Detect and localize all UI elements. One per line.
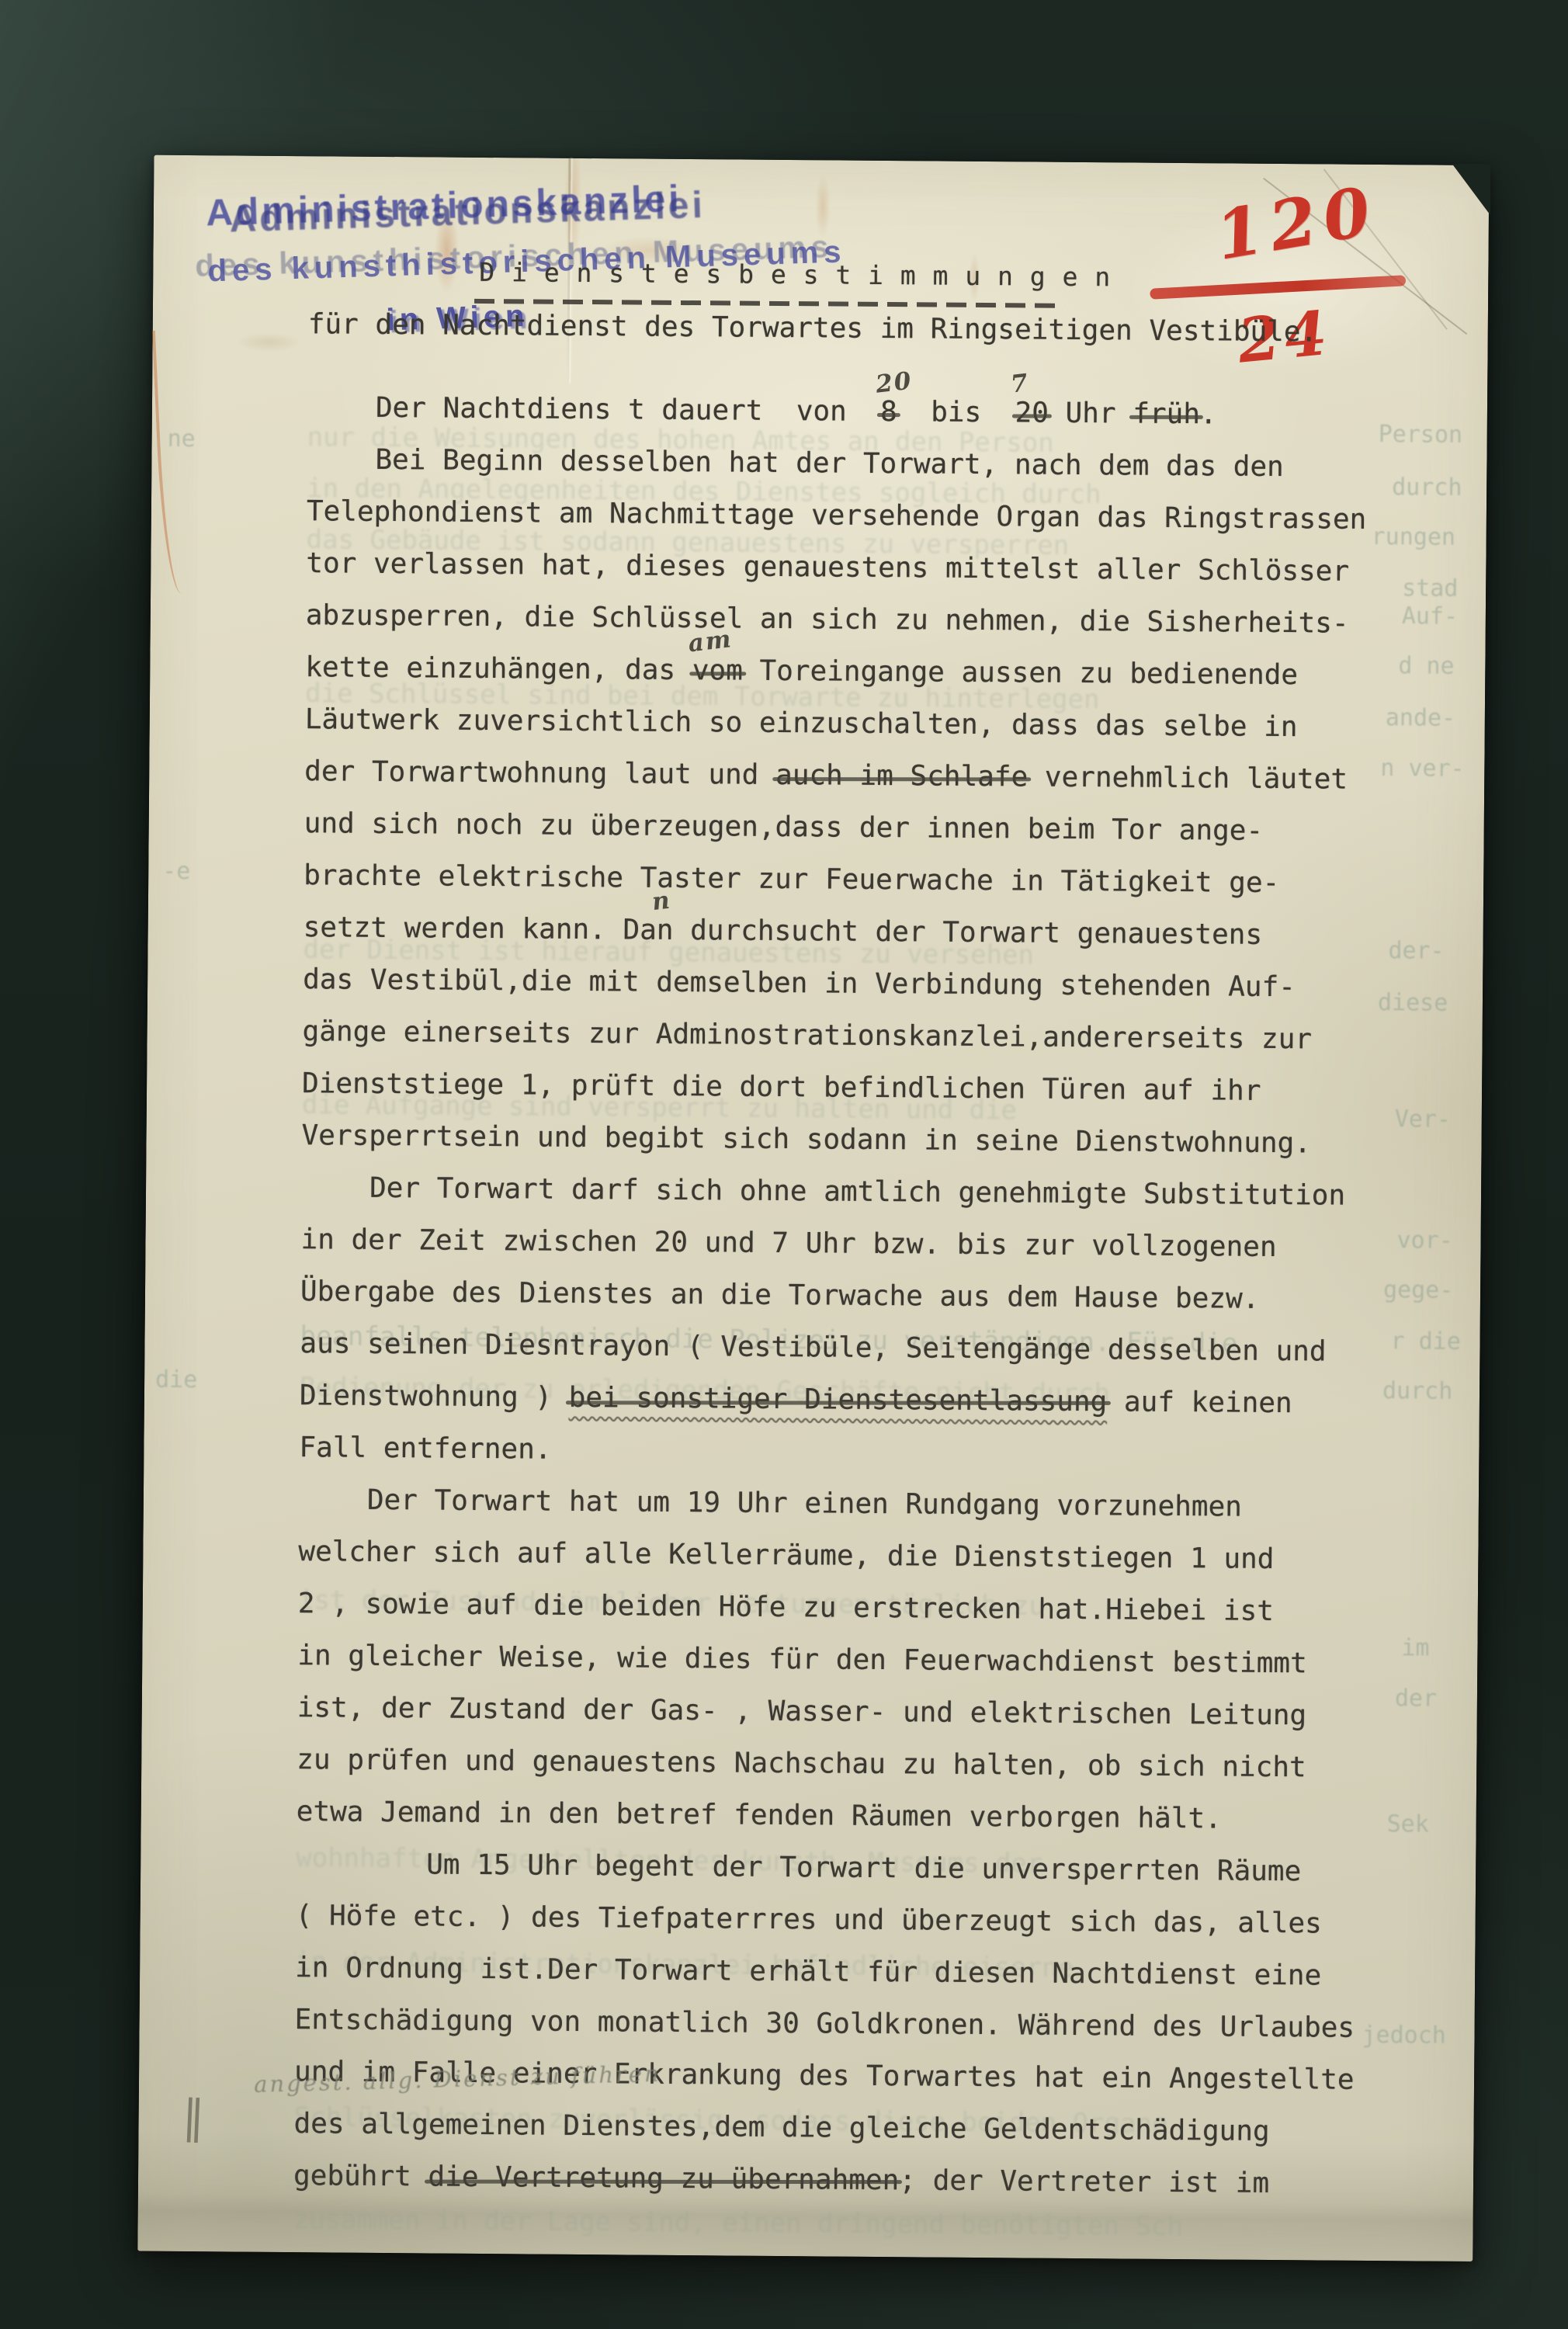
struck-text: auch im Schlafe [775, 759, 1028, 793]
typed-line: Um 15 Uhr begeht der Torwart die unversp… [296, 1838, 1398, 1898]
typed-line: ist, der Zustand der Gas- , Wasser- und … [297, 1682, 1400, 1742]
ghost-fragment: die [155, 1366, 197, 1394]
typed-line: zu prüfen und genauestens Nachschau zu h… [297, 1734, 1399, 1794]
typed-line: tor verlassen hat, dieses genauestens mi… [306, 537, 1408, 598]
struck-text: 20 [1015, 397, 1049, 429]
typed-line: in gleicher Weise, wie dies für den Feue… [297, 1630, 1400, 1690]
document-title: D i e n s t e s b e s t i m m u n g e n [479, 257, 1111, 292]
typed-line: Dienststiege 1, prüft die dort befindlic… [302, 1057, 1404, 1118]
typed-line: gänge einerseits zur Adminostrationskanz… [302, 1005, 1404, 1066]
typed-line: Dienstwohnung ) bei sonstiger Dienstesen… [300, 1369, 1402, 1430]
ghost-fragment: im [1401, 1634, 1429, 1661]
registry-numerator: 120 [1210, 172, 1383, 276]
margin-pencil-stroke [152, 329, 193, 594]
handwritten-correction: 7 [1009, 370, 1030, 397]
typed-line: Fall entfernen. [299, 1421, 1401, 1482]
typed-line: abzusperren, die Schlüssel an sich zu ne… [306, 589, 1408, 650]
photo-background: nur die Weisungen des hohen Amtes an den… [0, 0, 1568, 2329]
typed-line: welcher sich auf alle Kellerräume, die D… [298, 1525, 1400, 1586]
body-text: Der Nachtdiens t dauert von 820 bis 207 … [293, 381, 1410, 2210]
typed-line: etwa Jemand in den betref fenden Räumen … [296, 1786, 1398, 1846]
typed-line: Der Torwart hat um 19 Uhr einen Rundgang… [299, 1473, 1401, 1534]
handwritten-correction: n [650, 887, 672, 916]
typed-line: und sich noch zu überzeugen,dass der inn… [304, 797, 1406, 858]
typed-line: gebührt die Vertretung zu übernahmen; de… [293, 2150, 1396, 2210]
struck-text: 8 [880, 396, 897, 428]
typed-line: Der Torwart darf sich ohne amtlich geneh… [301, 1161, 1403, 1222]
typed-line: Telephondienst am Nachmittage versehende… [307, 485, 1409, 546]
typed-line: ( Höfe etc. ) des Tiefpaterrres und über… [295, 1890, 1397, 1950]
bleedthrough-text: nur die Weisungen des hohen Amtes an den… [154, 155, 1490, 166]
typed-line: Läutwerk zuversichtlich so einzuschalten… [305, 693, 1407, 754]
typed-line: Bei Beginn desselben hat der Torwart, na… [307, 433, 1409, 494]
typed-line: Entschädigung von monatlich 30 Goldkrone… [294, 1994, 1396, 2054]
ghost-fragment: Auf- [1402, 602, 1459, 630]
ghost-fragment: der [1395, 1685, 1437, 1712]
typed-line: brachte elektrische Taster zur Feuerwach… [304, 849, 1406, 910]
struck-text: die Vertretung zu übernahmen [428, 2161, 899, 2196]
handwritten-correction: am [686, 626, 733, 657]
struck-text: bei sonstiger Dienstesentlassung [569, 1382, 1108, 1418]
typed-line: in Ordnung ist.Der Torwart erhält für di… [295, 1942, 1397, 2002]
typed-line: der Torwartwohnung laut und auch im Schl… [304, 745, 1407, 806]
ghost-fragment: vor- [1396, 1227, 1453, 1255]
typed-line: Der Nachtdiens t dauert von 820 bis 207 … [307, 381, 1410, 442]
typed-line: Versperrtsein und begibt sich sodann in … [301, 1109, 1403, 1170]
margin-emphasis-mark: ‖ [181, 2090, 206, 2143]
ghost-fragment: ne [167, 425, 195, 453]
struck-text: früh [1133, 398, 1200, 431]
struck-text: vom [692, 654, 743, 687]
registry-fraction-bar [1150, 275, 1406, 300]
typed-line: das Vestibül,die mit demselben in Verbin… [303, 953, 1405, 1014]
typed-line: kette einzuhängen, das vomam Toreingange… [305, 641, 1407, 702]
typed-line: aus seinen Diesntrayon ( Vestibüle, Seit… [300, 1317, 1402, 1378]
document-page: nur die Weisungen des hohen Amtes an den… [137, 155, 1489, 2261]
typed-line: Übergabe des Dienstes an die Torwache au… [300, 1265, 1403, 1326]
typed-line: 2 , sowie auf die beiden Höfe zu erstrec… [298, 1578, 1400, 1638]
typed-line: des allgemeinen Dienstes,dem die gleiche… [293, 2098, 1396, 2158]
ghost-fragment: stad [1402, 574, 1459, 602]
ghost-fragment: -e [162, 858, 190, 885]
typed-line: in der Zeit zwischen 20 und 7 Uhr bzw. b… [300, 1213, 1403, 1274]
typed-line: setzt werden kann. Dann durchsucht der T… [303, 901, 1405, 962]
handwritten-correction: 20 [875, 368, 914, 398]
